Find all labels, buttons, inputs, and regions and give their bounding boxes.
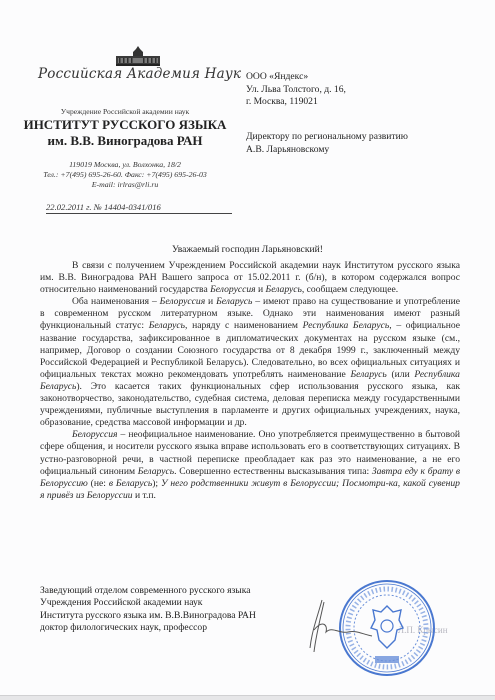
institution-email: E-mail: irlras@rli.ru [0,180,250,190]
recipient-street: Ул. Льва Толстого, д. 16, [246,84,346,97]
salutation: Уважаемый господин Ларьяновский! [0,244,495,255]
text: , сообщаем следующее. [302,284,398,295]
paragraph-2: Оба наименования – Белоруссия и Беларусь… [40,296,460,429]
paragraph-1: В связи с получением Учреждением Российс… [40,260,460,296]
recipient-name: А.В. Ларьяновскому [246,144,408,157]
institution-phones: Тел.: +7(495) 695-26-60. Факс: +7(495) 6… [0,170,250,180]
signatory-line-2: Учреждения Российской академии наук [40,597,256,609]
recipient-person: Директору по региональному развитию А.В.… [246,131,408,156]
recipient-company: ООО «Яндекс» [246,71,346,84]
letter-body: В связи с получением Учреждением Российс… [40,260,460,502]
institution-title-line1: ИНСТИТУТ РУССКОГО ЯЗЫКА [0,117,250,133]
recipient-position: Директору по региональному развитию [246,131,408,144]
text: ); [152,478,161,489]
signatory-line-4: доктор филологических наук, профессор [40,622,256,634]
term-italic: Беларусь [138,466,174,477]
academy-logo: Российская Академия Наук [38,46,238,94]
term-italic: Белоруссия [160,296,205,307]
academy-script-name: Российская Академия Наук [38,66,238,82]
institution-address: 119019 Москва, ул. Волхонка, 18/2 [0,160,250,170]
term-italic: Беларусь [266,284,302,295]
outgoing-reference: 22.02.2011 г. № 14404-0341/016 [46,202,232,214]
institution-title-line2: им. В.В. Виноградова РАН [0,133,250,149]
handwritten-signature-icon [300,590,380,670]
example-italic: в Беларусь [109,478,152,489]
term-italic: Белоруссия [210,284,255,295]
signatory-line-3: Института русского языка им. В.В.Виногра… [40,610,256,622]
term-italic: Беларусь [149,320,185,331]
building-logo-icon [116,46,160,66]
signatory-title: Заведующий отделом современного русского… [40,585,256,635]
institution-title: ИНСТИТУТ РУССКОГО ЯЗЫКА им. В.В. Виногра… [0,117,250,149]
text: и [256,284,266,295]
recipient-address: ООО «Яндекс» Ул. Льва Толстого, д. 16, г… [246,71,346,109]
text: и [205,296,216,307]
term-italic: Белоруссия [72,429,117,440]
institution-contacts: 119019 Москва, ул. Волхонка, 18/2 Тел.: … [0,160,250,190]
term-italic: Республика Беларусь [303,320,390,331]
text: ). Это касается таких функциональных сфе… [40,381,460,428]
term-italic: Беларусь [350,369,386,380]
text: (или [387,369,415,380]
text: Оба наименования – [72,296,160,307]
text: и т.п. [133,490,156,501]
text: . Совершенно естественны высказывания ти… [174,466,372,477]
recipient-city: г. Москва, 119021 [246,96,346,109]
paragraph-3: Белоруссия – неофициальное наименование.… [40,429,460,502]
term-italic: Беларусь [216,296,252,307]
letter-page: Российская Академия Наук Учреждение Росс… [0,0,495,700]
signatory-line-1: Заведующий отделом современного русского… [40,585,256,597]
institution-subtitle: Учреждение Российской академии наук [0,107,250,116]
text: , наряду с наименованием [185,320,303,331]
text: (не: [88,478,109,489]
page-bottom-edge [0,695,495,700]
